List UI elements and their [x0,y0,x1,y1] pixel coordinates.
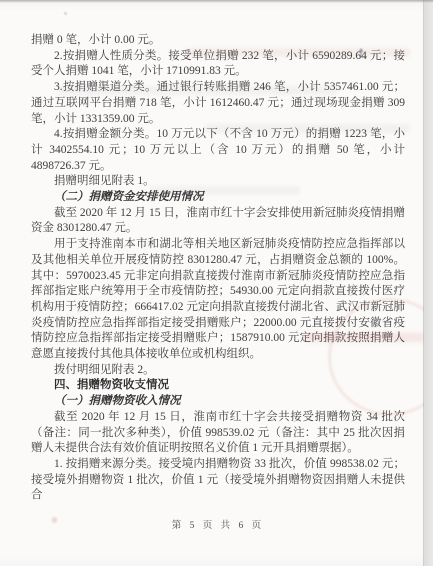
paragraph: 1. 按捐赠来源分类。接受境内捐赠物资 33 批次，价值 998538.02 元… [31,457,405,504]
paragraph: 截至 2020 年 12 月 15 日，淮南市红十字会共接受捐赠物资 34 批次… [31,410,405,457]
scan-top-edge [0,0,433,3]
page-footer: 第 5 页 共 6 页 [31,517,405,531]
scan-speck [64,12,67,15]
scan-speck-arrow [360,49,362,57]
ink-bleed-smudge [58,86,338,95]
ink-bleed-smudge [150,186,300,195]
paragraph: 捐赠 0 笔，小计 0.00 元。 [31,33,405,49]
scanner-edge-strip [424,0,433,566]
document-page: 捐赠 0 笔，小计 0.00 元。2.按捐赠人性质分类。接受单位捐赠 232 笔… [0,0,424,566]
paragraph: 截至 2020 年 12 月 15 日，淮南市红十字会安排使用新冠肺炎疫情捐赠资… [31,206,405,237]
ink-bleed-smudge [185,48,410,57]
paragraph: 4.按捐赠金额分类。10 万元以下（不含 10 万元）的捐赠 1223 笔，小计… [31,127,405,174]
document-body: 捐赠 0 笔，小计 0.00 元。2.按捐赠人性质分类。接受单位捐赠 232 笔… [31,33,405,504]
ink-bleed-smudge [205,124,410,133]
red-stamp-text-bleed-artifact [303,333,425,342]
